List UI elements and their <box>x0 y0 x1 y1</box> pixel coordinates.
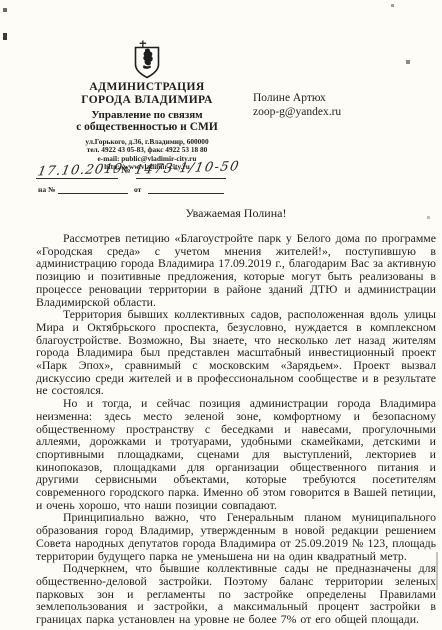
recipient-email: zoop-g@yandex.ru <box>253 106 341 120</box>
paragraph: Рассмотрев петицию «Благоустройте парк у… <box>36 232 436 308</box>
paragraph: Территория бывших коллективных садов, ра… <box>36 308 436 397</box>
reply-number-label: на № <box>38 185 55 194</box>
paragraph: Но и тогда, и сейчас позиция администрац… <box>36 397 436 511</box>
reply-date-label: от <box>134 185 141 194</box>
dept-name-line1: Управление по связям <box>40 109 254 121</box>
paragraph: Принципиально важно, что Генеральным пла… <box>36 511 436 562</box>
handwritten-date: 17.10.2019 <box>36 162 124 180</box>
salutation: Уважаемая Полина! <box>36 206 436 221</box>
dept-name-line2: с общественностью и СМИ <box>40 121 254 134</box>
outgoing-reference-row: № 17.10.2019 1473-1/10-50 <box>36 162 251 182</box>
recipient-block: Полине Артюх zoop-g@yandex.ru <box>253 92 341 119</box>
scan-artifact <box>391 4 394 7</box>
scanned-letter-page: АДМИНИСТРАЦИЯ ГОРОДА ВЛАДИМИРА Управлени… <box>0 0 442 630</box>
scan-artifact <box>436 552 438 590</box>
scan-artifact <box>406 60 410 64</box>
letter-body: Уважаемая Полина! Рассмотрев петицию «Бл… <box>36 206 436 626</box>
handwritten-number: 1473-1/10-50 <box>133 159 241 178</box>
letterhead: АДМИНИСТРАЦИЯ ГОРОДА ВЛАДИМИРА Управлени… <box>40 40 254 172</box>
reply-number-underline <box>58 193 128 194</box>
coat-of-arms-icon <box>40 40 254 80</box>
incoming-reference-row: на № от <box>36 184 256 196</box>
number-underline <box>136 178 226 179</box>
scan-artifact <box>3 33 7 40</box>
recipient-name: Полине Артюх <box>253 92 341 106</box>
org-name-line2: ГОРОДА ВЛАДИМИРА <box>40 94 254 107</box>
reply-date-underline <box>148 193 224 194</box>
org-name-line1: АДМИНИСТРАЦИЯ <box>40 81 254 94</box>
paragraph: Подчеркнем, что бывшие коллективные сады… <box>36 562 436 626</box>
scan-artifact <box>3 8 7 12</box>
